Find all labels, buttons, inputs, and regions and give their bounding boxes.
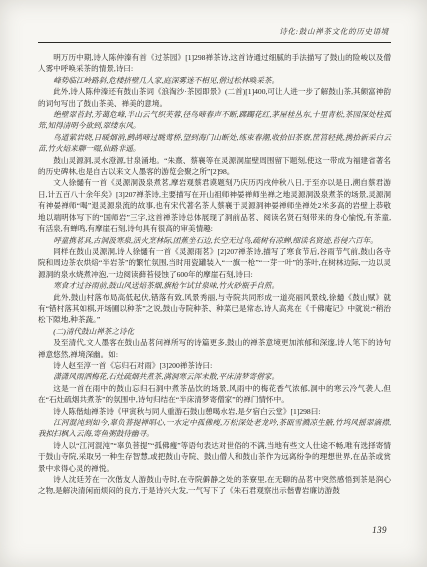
paragraph: 诗人赵至淳一首《忘归石对雨》[3]200禅茶诗曰: (38, 360, 391, 371)
paragraph: 明万历中期,诗人陈仲溱有首《过茶园》[1]298禅茶诗,这首诗通过细腻的手法描写… (38, 52, 391, 75)
page-body: 明万历中期,诗人陈仲溱有首《过茶园》[1]298禅茶诗,这首诗通过细腻的手法描写… (38, 52, 391, 497)
poem-quote: 鸟道萦岩晓,日暖烟消,鹧鸪啼过眺莺桥,望到海门山断处,练束春潮,收拾旧茶寮,筐筥… (38, 132, 391, 155)
poem-quote: 绝壁翠苔封,芳蔼危峰,半山云气织芙蓉,径鸟啼春声不断,踯躅花红,茅屋桂丛东,十里… (38, 109, 391, 132)
paragraph: 同样在鼓山灵源洞,诗人徐熥有一首《灵源雨茗》[2]207禅茶诗,描写了寒食节后,… (38, 246, 391, 280)
header-rule (38, 42, 391, 43)
paragraph: 诗人以“江河混沌”“辜负菩提”“孤佛瘦”等语句表达对世俗的不满,当地有些文人仕途… (38, 440, 391, 474)
paragraph: 此外,诗人陈仲溱还有鼓山茶词《浪淘沙·茶园即景》(二首)[1]400,可让人进一… (38, 86, 391, 109)
paragraph: 这是一首在雨中的鼓山忘归石洞中煮茶品饮的场景,风雨中的梅花香气浓郁,洞中的寒云冷… (38, 383, 391, 406)
paragraph: 诗人沈廷芳在一次偕友人游鼓山寺时,在寺院僻静之处的茶寮里,在无聊的品茗中突然感悟… (38, 474, 391, 497)
paragraph: 诗人陈偕灿禅茶诗《甲寅秋与同人重游石鼓山憩喝水岩,是夕宿白云堂》[1]298曰: (38, 406, 391, 417)
poem-quote: 潇潇风雨洒梅花,石灶疏烟共煮茶,满洞寒云浑未散,平床清梦寄僧家。 (38, 371, 391, 382)
poem-quote: 江河混沌到如今,辜负菩提禅唱心,一水定中孤佛瘦,万松深处老龙吟,茶瓯雪溅凉生腋,… (38, 417, 391, 440)
paragraph: 此外,鼓山村落布局高低起伏,错落有致,风景秀丽,与寺院共同形成一道亮丽风景线,徐… (38, 292, 391, 326)
paragraph: 文人徐熥有一首《灵源洞汲泉煮茗,摩岩观蔡君谟题刻乃庆历丙戌仲秋八日,于至亦以是日… (38, 177, 391, 234)
paragraph: 鼓山灵源洞,灵水澄源,甘泉涌地。“朱熹、蔡襄等在灵源洞崖壁周围留下题刻,使这一带… (38, 155, 391, 178)
poem-quote: 峰势临江岭路斜,危楼挤壁几人家,庭深雾迷不相见,僧过松林唤采茶。 (38, 75, 391, 86)
poem-quote: 呼童携茗具,古洞汲寒泉,活火烹林际,团蕉坐石边,长空无过鸟,疏树有凉蝉,细读名贤… (38, 235, 391, 246)
book-page: 诗化:鼓山禅茶文化的历史语境 明万历中期,诗人陈仲溱有首《过茶园》[1]298禅… (0, 0, 427, 567)
running-header: 诗化:鼓山禅茶文化的历史语境 (38, 26, 391, 37)
subsection-heading: (二)清代鼓山禅茶之诗化 (38, 326, 391, 337)
poem-quote: 寒食才过谷雨前,鼓山风送焙茶烟,旗枪乍试甘泉味,竹火砂瓶手自煎。 (38, 280, 391, 291)
page-number: 139 (372, 525, 387, 535)
paragraph: 及至清代,文人墨客在鼓山品茗问禅所写的诗篇更多,鼓山的禅茶意境更加浓郁和深邃,诗… (38, 337, 391, 360)
